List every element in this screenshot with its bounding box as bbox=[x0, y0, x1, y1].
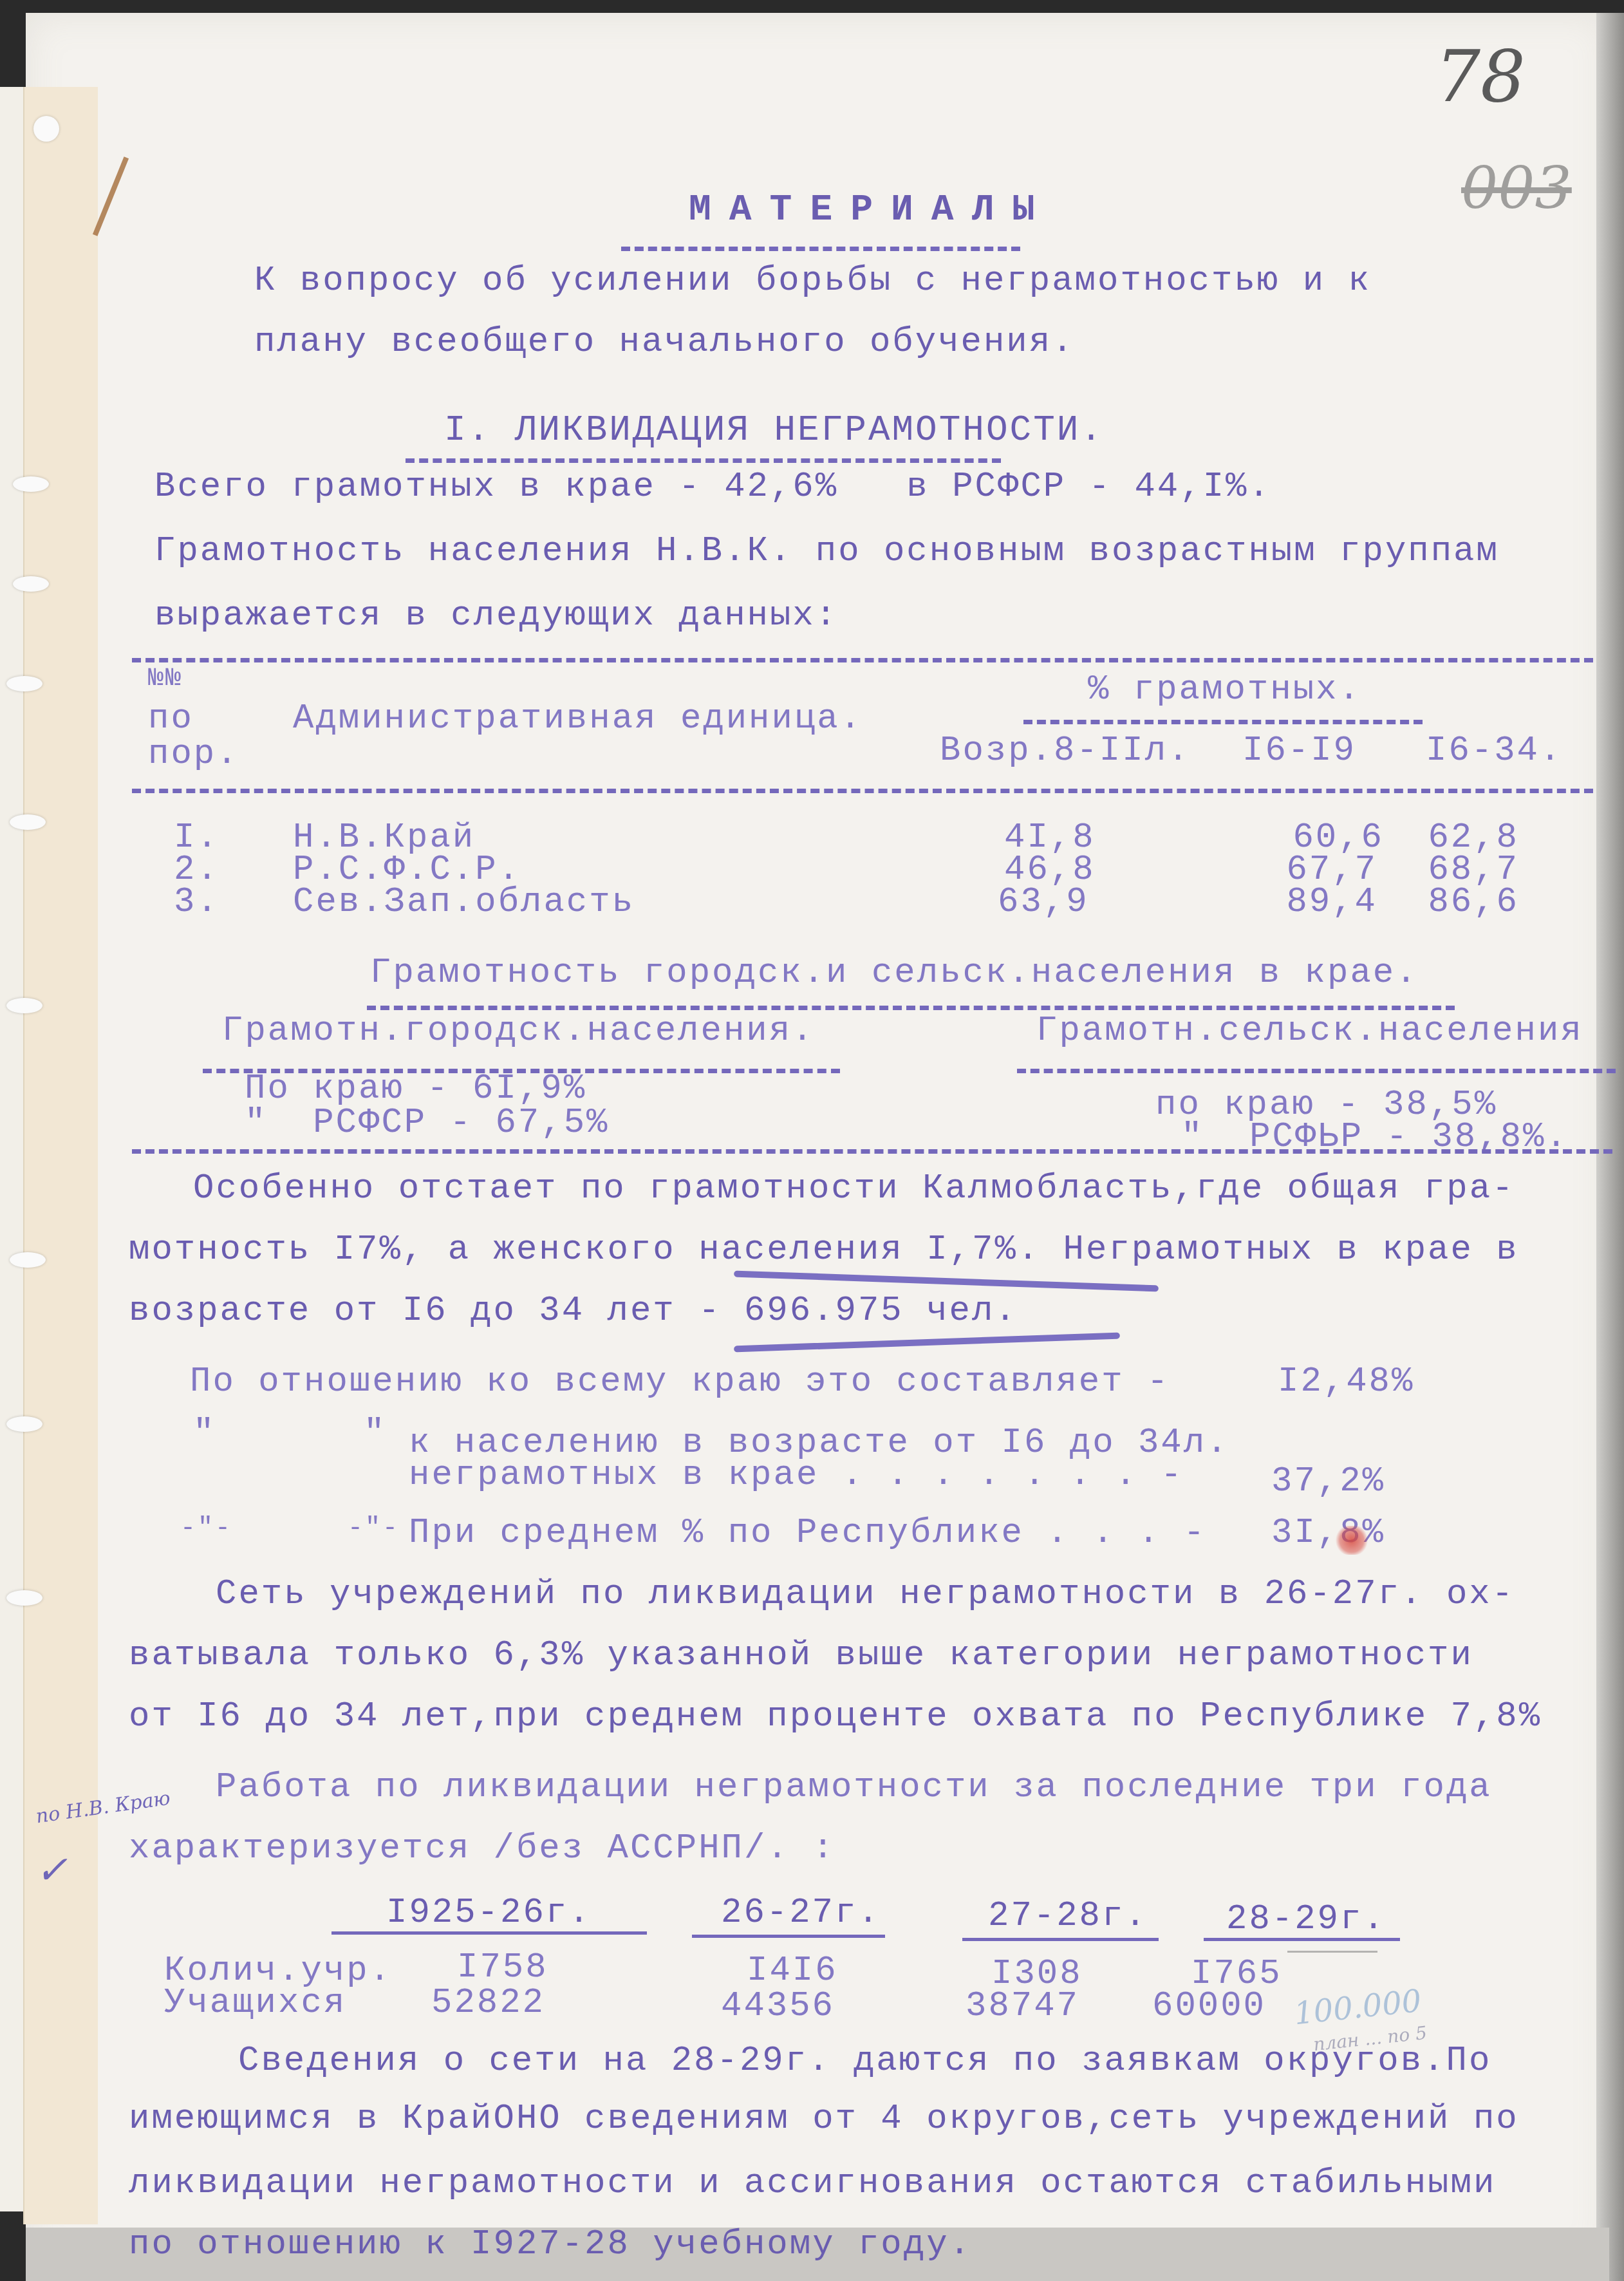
ratio-3-label: При среднем % по Республике . . . - bbox=[409, 1516, 1206, 1551]
subtitle-line-2: плану всеобщего начального обучения. bbox=[254, 325, 1075, 360]
work-line-2: характеризуется /без АССРНП/. : bbox=[129, 1832, 835, 1866]
ratio-1-label: По отношению ко всему краю это составляе… bbox=[190, 1365, 1170, 1400]
col-header-16-34: I6-34. bbox=[1426, 734, 1562, 769]
row-value: 44356 bbox=[721, 1989, 835, 2024]
kalm-line-1: Особенно отстает по грамотности Калмобла… bbox=[193, 1172, 1515, 1206]
binding-strip bbox=[23, 87, 98, 2224]
red-ink-stain bbox=[1336, 1526, 1368, 1555]
col-unit-header: Административная единица. bbox=[293, 702, 863, 737]
urban-rural-bottom-rule bbox=[132, 1149, 1612, 1154]
work-line-1: Работа по ликвидации неграмотности за по… bbox=[216, 1770, 1492, 1805]
row-unit: Сев.Зап.область bbox=[293, 885, 635, 920]
document-title: МАТЕРИАЛЫ bbox=[689, 192, 1052, 229]
folio-number: 78 bbox=[1435, 35, 1526, 118]
table-top-rule bbox=[132, 658, 1593, 662]
rural-label: Грамотн.сельск.населения bbox=[1036, 1014, 1583, 1049]
col-header-16-19: I6-I9 bbox=[1242, 734, 1356, 769]
row-value: 38747 bbox=[966, 1989, 1079, 2024]
col-num-header-3: пор. bbox=[148, 737, 239, 772]
punch-hole bbox=[6, 1416, 42, 1432]
rural-label-rule bbox=[1017, 1069, 1616, 1073]
punch-hole bbox=[6, 676, 42, 691]
margin-check-mark: ✓ bbox=[35, 1848, 68, 1893]
ratio-3-ditto-b: -"- bbox=[348, 1516, 400, 1542]
year-header-underline bbox=[331, 1931, 647, 1935]
pencil-dash bbox=[1287, 1951, 1377, 1953]
subtitle-line-1: К вопросу об усилении борьбы с неграмотн… bbox=[254, 264, 1371, 299]
year-header-3: 27-28г. bbox=[988, 1899, 1148, 1934]
row-value: I4I6 bbox=[747, 1954, 838, 1989]
ratio-2-value: 37,2% bbox=[1271, 1465, 1385, 1499]
folio-old-number: 003 bbox=[1461, 155, 1572, 222]
intro-line-1: Грамотность населения Н.В.К. по основным… bbox=[154, 534, 1499, 569]
closing-line-2: имеющимся в КрайОНО сведениям от 4 округ… bbox=[129, 2102, 1519, 2137]
col-num-header-1: №№ bbox=[148, 666, 183, 692]
ratio-3-ditto-a: -"- bbox=[180, 1516, 232, 1542]
urban-rural-heading: Грамотность городск.и сельск.населения в… bbox=[370, 956, 1419, 991]
year-header-underline bbox=[692, 1935, 885, 1938]
ratio-3-value: 3I,8% bbox=[1271, 1516, 1385, 1551]
table-header-rule bbox=[132, 789, 1593, 793]
punch-hole bbox=[10, 1252, 46, 1268]
closing-line-4: по отношению к I927-28 учебному году. bbox=[129, 2228, 972, 2262]
network-line-1: Сеть учреждений по ликвидации неграмотно… bbox=[216, 1577, 1515, 1612]
group-header: % грамотных. bbox=[1088, 673, 1361, 708]
network-line-2: ватывала только 6,3% указанной выше кате… bbox=[129, 1638, 1473, 1673]
row-num: 3. bbox=[174, 885, 219, 920]
punch-hole bbox=[10, 814, 46, 830]
year-header-underline bbox=[1204, 1938, 1400, 1941]
row-value-16-34: 86,6 bbox=[1416, 885, 1519, 920]
row-value-16-19: 89,4 bbox=[1274, 885, 1377, 920]
closing-line-3: ликвидации неграмотности и ассигнования … bbox=[129, 2166, 1496, 2201]
ratio-2-ditto-b: " bbox=[364, 1416, 386, 1451]
page-edge-shadow bbox=[1596, 13, 1624, 2281]
urban-label: Грамотн.городск.населения. bbox=[222, 1014, 815, 1049]
punch-hole bbox=[13, 576, 49, 592]
binding-paper bbox=[0, 87, 26, 2211]
total-literacy-line: Всего грамотных в крае - 42,6% в РСФСР -… bbox=[154, 470, 1271, 505]
row-label: Учащихся bbox=[164, 1986, 346, 2021]
year-header-1: I925-26г. bbox=[386, 1896, 592, 1931]
group-header-rule bbox=[1023, 720, 1423, 724]
row-value: I758 bbox=[457, 1951, 548, 1985]
kalm-line-2: мотность I7%, а женского населения I,7%.… bbox=[129, 1233, 1519, 1268]
col-header-8-11: Возр.8-IIл. bbox=[940, 734, 1190, 769]
ratio-2-ditto-a: " bbox=[193, 1416, 216, 1451]
row-value: 52822 bbox=[431, 1986, 545, 2021]
kalm-line-3: возрасте от I6 до 34 лет - 696.975 чел. bbox=[129, 1294, 1018, 1329]
row-value: 60000 bbox=[1152, 1989, 1266, 2024]
title-underline bbox=[621, 247, 1020, 251]
col-num-header-2: по bbox=[148, 702, 194, 737]
ratio-1-value: I2,48% bbox=[1278, 1365, 1414, 1400]
urban-line-2: " РСФСР - 67,5% bbox=[245, 1106, 609, 1141]
year-header-underline bbox=[962, 1938, 1159, 1941]
urban-line-1: По краю - 6I,9% bbox=[245, 1072, 586, 1107]
punch-hole bbox=[6, 1590, 42, 1606]
year-header-2: 26-27г. bbox=[721, 1896, 881, 1931]
intro-line-2: выражается в следующих данных: bbox=[154, 599, 838, 634]
section-heading-underline bbox=[406, 458, 1001, 463]
urban-rural-heading-rule bbox=[367, 1006, 1455, 1010]
punch-hole bbox=[13, 476, 49, 492]
punch-hole bbox=[33, 116, 59, 142]
year-header-4: 28-29г. bbox=[1226, 1902, 1386, 1937]
network-line-3: от I6 до 34 лет,при среднем проценте охв… bbox=[129, 1700, 1542, 1734]
section-heading: I. ЛИКВИДАЦИЯ НЕГРАМОТНОСТИ. bbox=[444, 412, 1104, 448]
closing-line-1: Сведения о сети на 28-29г. даются по зая… bbox=[238, 2044, 1491, 2079]
row-value-8-11: 63,9 bbox=[998, 885, 1088, 920]
ratio-2-label-line-2: неграмотных в крае . . . . . . . - bbox=[409, 1458, 1184, 1493]
punch-hole bbox=[6, 998, 42, 1013]
